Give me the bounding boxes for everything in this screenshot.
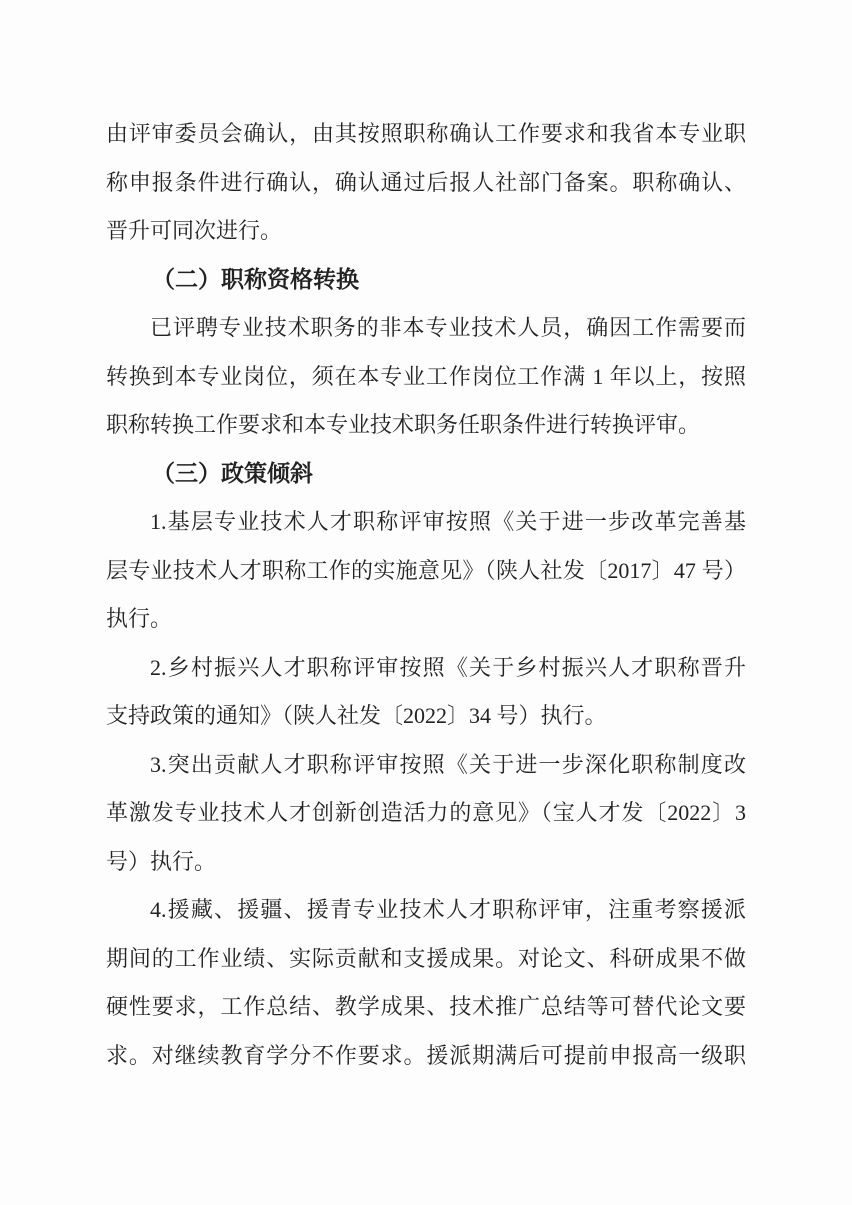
document-page: 由评审委员会确认，由其按照职称确认工作要求和我省本专业职称申报条件进行确认，确认… xyxy=(0,0,852,1205)
text-line: 3.突出贡献人才职称评审按照《关于进一步深化职称制度改 xyxy=(106,741,746,790)
text-line: 层专业技术人才职称工作的实施意见》（陕人社发〔2017〕47 号） xyxy=(106,547,746,596)
section-heading: （二）职称资格转换 xyxy=(106,256,746,305)
text-line: 4.援藏、援疆、援青专业技术人才职称评审，注重考察援派 xyxy=(106,886,746,935)
document-body: 由评审委员会确认，由其按照职称确认工作要求和我省本专业职称申报条件进行确认，确认… xyxy=(106,110,746,1080)
text-line: 已评聘专业技术职务的非本专业技术人员，确因工作需要而 xyxy=(106,304,746,353)
text-line: 1.基层专业技术人才职称评审按照《关于进一步改革完善基 xyxy=(106,498,746,547)
text-line: 2.乡村振兴人才职称评审按照《关于乡村振兴人才职称晋升 xyxy=(106,644,746,693)
text-line: 支持政策的通知》（陕人社发〔2022〕34 号）执行。 xyxy=(106,692,746,741)
text-line: 革激发专业技术人才创新创造活力的意见》（宝人才发〔2022〕3 xyxy=(106,789,746,838)
text-line: 晋升可同次进行。 xyxy=(106,207,746,256)
text-line: 求。对继续教育学分不作要求。援派期满后可提前申报高一级职 xyxy=(106,1032,746,1081)
text-line: 硬性要求，工作总结、教学成果、技术推广总结等可替代论文要 xyxy=(106,983,746,1032)
text-line: 称申报条件进行确认，确认通过后报人社部门备案。职称确认、 xyxy=(106,159,746,208)
section-heading: （三）政策倾斜 xyxy=(106,450,746,499)
text-line: 号）执行。 xyxy=(106,838,746,887)
text-line: 转换到本专业岗位，须在本专业工作岗位工作满 1 年以上，按照 xyxy=(106,353,746,402)
text-line: 期间的工作业绩、实际贡献和支援成果。对论文、科研成果不做 xyxy=(106,935,746,984)
text-line: 执行。 xyxy=(106,595,746,644)
text-line: 职称转换工作要求和本专业技术职务任职条件进行转换评审。 xyxy=(106,401,746,450)
text-line: 由评审委员会确认，由其按照职称确认工作要求和我省本专业职 xyxy=(106,110,746,159)
